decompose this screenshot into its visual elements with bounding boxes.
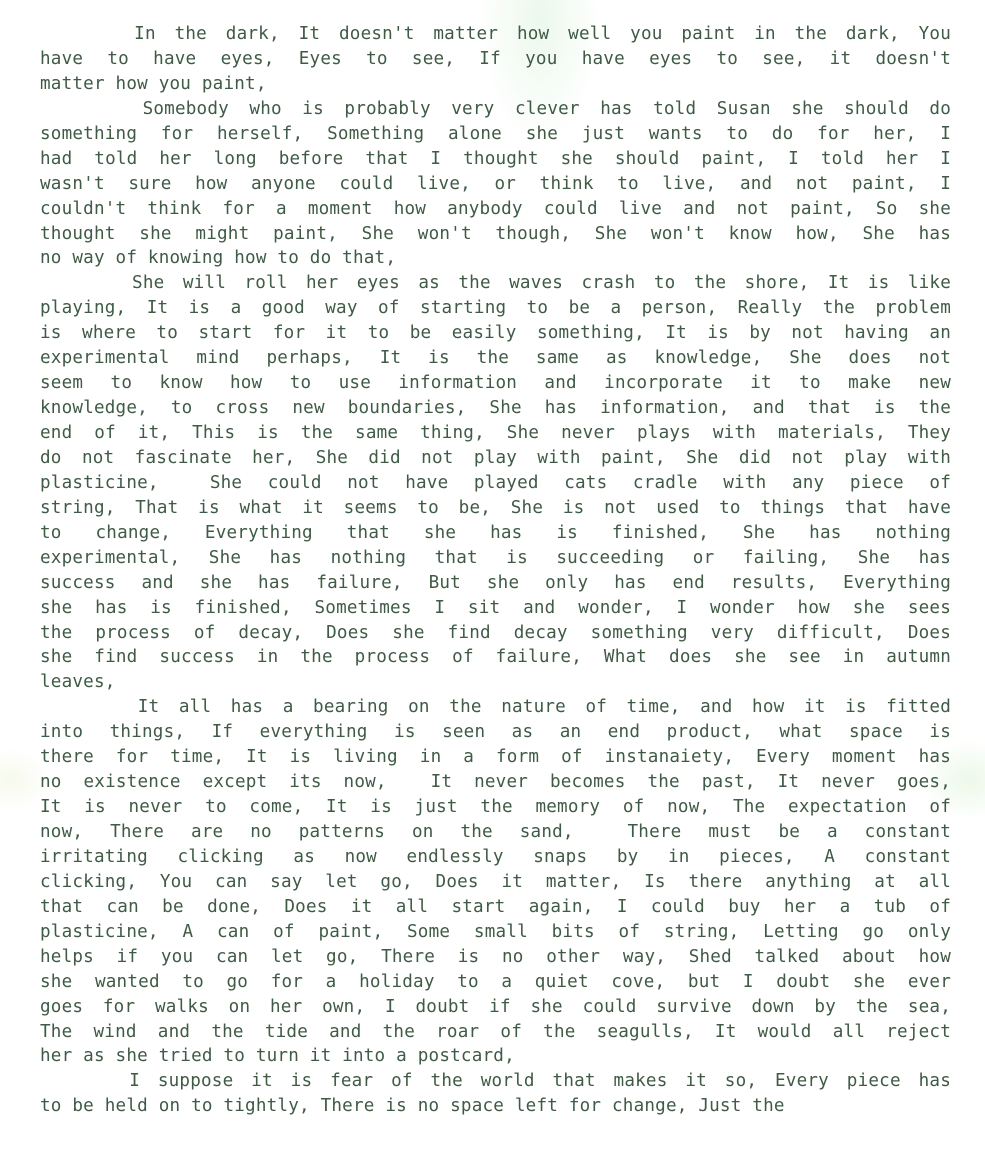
- text-line: seem to know how to use information and …: [40, 371, 951, 396]
- text-line: there for time, It is living in a form o…: [40, 745, 951, 770]
- text-line: do not fascinate her, She did not play w…: [40, 446, 951, 471]
- text-line: Somebody who is probably very clever has…: [40, 97, 951, 122]
- text-line: no way of knowing how to do that,: [40, 246, 951, 271]
- text-line: playing, It is a good way of starting to…: [40, 296, 951, 321]
- typed-page: In the dark, It doesn't matter how well …: [40, 22, 951, 1119]
- text-line: The wind and the tide and the roar of th…: [40, 1020, 951, 1045]
- text-line: couldn't think for a moment how anybody …: [40, 197, 951, 222]
- text-line: It all has a bearing on the nature of ti…: [40, 695, 951, 720]
- text-line: the process of decay, Does she find deca…: [40, 621, 951, 646]
- text-line: into things, If everything is seen as an…: [40, 720, 951, 745]
- text-line: something for herself, Something alone s…: [40, 122, 951, 147]
- text-line: no existence except its now, It never be…: [40, 770, 951, 795]
- text-line: end of it, This is the same thing, She n…: [40, 421, 951, 446]
- text-line: She will roll her eyes as the waves cras…: [40, 271, 951, 296]
- text-line: string, That is what it seems to be, She…: [40, 496, 951, 521]
- text-line: now, There are no patterns on the sand, …: [40, 820, 951, 845]
- text-line: is where to start for it to be easily so…: [40, 321, 951, 346]
- text-line: I suppose it is fear of the world that m…: [40, 1069, 951, 1094]
- text-line: to be held on to tightly, There is no sp…: [40, 1094, 951, 1119]
- text-line: plasticine, A can of paint, Some small b…: [40, 920, 951, 945]
- text-line: In the dark, It doesn't matter how well …: [40, 22, 951, 47]
- text-line: her as she tried to turn it into a postc…: [40, 1044, 951, 1069]
- text-line: she has is finished, Sometimes I sit and…: [40, 596, 951, 621]
- text-line: thought she might paint, She won't thoug…: [40, 222, 951, 247]
- text-line: wasn't sure how anyone could live, or th…: [40, 172, 951, 197]
- text-line: helps if you can let go, There is no oth…: [40, 945, 951, 970]
- text-line: experimental, She has nothing that is su…: [40, 546, 951, 571]
- text-line: have to have eyes, Eyes to see, If you h…: [40, 47, 951, 72]
- text-line: leaves,: [40, 670, 951, 695]
- text-line: that can be done, Does it all start agai…: [40, 895, 951, 920]
- text-line: she wanted to go for a holiday to a quie…: [40, 970, 951, 995]
- text-line: had told her long before that I thought …: [40, 147, 951, 172]
- text-line: goes for walks on her own, I doubt if sh…: [40, 995, 951, 1020]
- text-line: clicking, You can say let go, Does it ma…: [40, 870, 951, 895]
- text-line: plasticine, She could not have played ca…: [40, 471, 951, 496]
- text-line: she find success in the process of failu…: [40, 645, 951, 670]
- text-line: to change, Everything that she has is fi…: [40, 521, 951, 546]
- text-line: knowledge, to cross new boundaries, She …: [40, 396, 951, 421]
- text-line: matter how you paint,: [40, 72, 951, 97]
- text-line: success and she has failure, But she onl…: [40, 571, 951, 596]
- text-line: experimental mind perhaps, It is the sam…: [40, 346, 951, 371]
- text-line: It is never to come, It is just the memo…: [40, 795, 951, 820]
- text-line: irritating clicking as now endlessly sna…: [40, 845, 951, 870]
